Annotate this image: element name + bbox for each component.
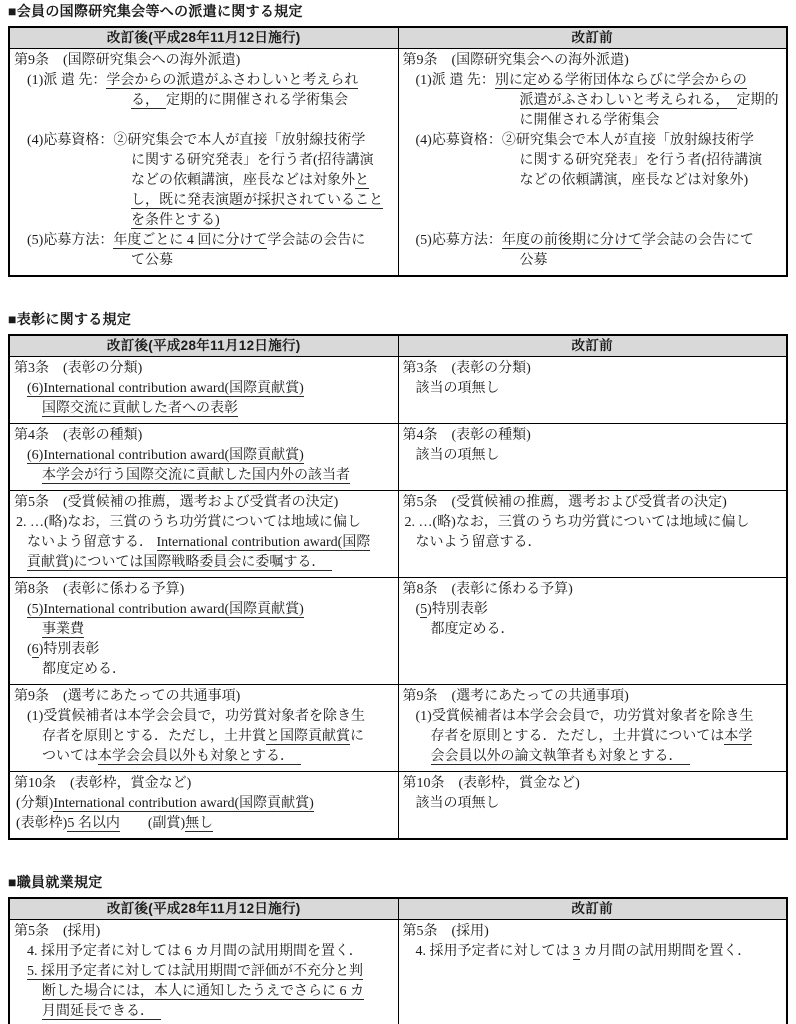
underlined-text: 本学会が行う国際交流に貢献した国内外の該当者 (42, 468, 350, 484)
plain-text: 定期的 (737, 93, 779, 108)
cell-revised-before: 第3条 (表彰の分類)該当の項無し (398, 357, 787, 424)
text-line: 会会員以外の論文執筆者も対象とする． (402, 747, 784, 767)
header-row: 改訂後(平成28年11月12日施行)改訂前 (9, 898, 787, 920)
plain-text: 公募 (520, 253, 548, 268)
plain-text: カ月間の試用期間を置く． (192, 944, 363, 959)
revision-table: 改訂後(平成28年11月12日施行)改訂前第3条 (表彰の分類)(6)Inter… (8, 334, 788, 840)
plain-text: 第10条 (表彰枠，賞金など) (14, 776, 191, 791)
underlined-text: る， (131, 93, 166, 109)
plain-text: (1)受賞候補者は本学会会員で，功労賞対象者を除き生 (416, 709, 754, 724)
text-line: (6)International contribution award(国際貢献… (13, 446, 395, 466)
underlined-text: し，既に発表演題が採択されていること (131, 193, 383, 209)
text-line: 第4条 (表彰の種類) (13, 426, 395, 446)
text-line: ないよう留意する． (402, 533, 784, 553)
cell-revised-before: 第9条 (国際研究集会への海外派遣)(1)派 遣 先：別に定める学術団体ならびに… (398, 49, 787, 277)
text-line: 第5条 (採用) (13, 922, 395, 942)
underlined-text: 断した場合には，本人に通知したうえでさらに 6 カ (42, 984, 364, 1000)
table-row: 第9条 (選考にあたっての共通事項)(1)受賞候補者は本学会会員で，功労賞対象者… (9, 685, 787, 772)
text-line: などの依頼講演，座長などは対象外と (13, 171, 395, 191)
plain-text: 第4条 (表彰の種類) (403, 428, 531, 443)
underlined-text: 派遣がふさわしいと考えられる， (520, 93, 737, 109)
text-line: 該当の項無し (402, 794, 784, 814)
text-line: (5)応募方法：年度の前後期に分けて学会誌の会告にて (402, 231, 784, 251)
plain-text: )特別表彰 (39, 642, 100, 657)
text-line: 第8条 (表彰に係わる予算) (13, 580, 395, 600)
plain-text: 学会誌の会告に (267, 233, 365, 248)
text-line: 第9条 (国際研究集会への海外派遣) (13, 51, 395, 71)
column-header-after: 改訂後(平成28年11月12日施行) (9, 27, 398, 49)
section-award-regulation: ■表彰に関する規定改訂後(平成28年11月12日施行)改訂前第3条 (表彰の分類… (8, 311, 788, 840)
plain-text: (4)応募資格：②研究集会で本人が直接「放射線技術学 (27, 133, 365, 148)
plain-text: (5)応募方法： (27, 233, 113, 248)
underlined-text: 事業費 (42, 622, 84, 638)
cell-revised-before: 第5条 (採用)4. 採用予定者に対しては 3 カ月間の試用期間を置く． (398, 920, 787, 1024)
text-line: (分類)International contribution award(国際貢… (13, 794, 395, 814)
section-title: ■職員就業規定 (8, 874, 788, 890)
blank-line (13, 111, 395, 131)
plain-text: 第5条 (受賞候補の推薦，選考および受賞者の決定) (403, 495, 727, 510)
cell-revised-before: 第4条 (表彰の種類)該当の項無し (398, 424, 787, 491)
plain-text: (分類) (16, 796, 53, 811)
text-line: 存者を原則とする．ただし，土井賞と国際貢献賞に (13, 727, 395, 747)
plain-text: )特別表彰 (427, 602, 488, 617)
plain-text: 該当の項無し (416, 796, 500, 811)
plain-text: ついては (42, 749, 98, 764)
cell-revised-after: 第10条 (表彰枠，賞金など)(分類)International contrib… (9, 772, 398, 840)
text-line: 第8条 (表彰に係わる予算) (402, 580, 784, 600)
plain-text: に開催される学術集会 (520, 113, 660, 128)
plain-text: 第9条 (選考にあたっての共通事項) (403, 689, 629, 704)
table-row: 第9条 (国際研究集会への海外派遣)(1)派 遣 先：学会からの派遣がふさわしい… (9, 49, 787, 277)
underlined-text: International contribution award(国際 (157, 535, 371, 551)
underlined-text: 無し (185, 816, 213, 832)
text-line: 第9条 (選考にあたっての共通事項) (13, 687, 395, 707)
text-line: 2. …(略)なお，三賞のうち功労賞については地域に偏し (13, 513, 395, 533)
text-line: ついては本学会会員以外も対象とする． (13, 747, 395, 767)
table-row: 第3条 (表彰の分類)(6)International contribution… (9, 357, 787, 424)
text-line: 本学会が行う国際交流に貢献した国内外の該当者 (13, 466, 395, 486)
text-line: る， 定期的に開催される学術集会 (13, 91, 395, 111)
text-line: (4)応募資格：②研究集会で本人が直接「放射線技術学 (13, 131, 395, 151)
plain-text: (4)応募資格：②研究集会で本人が直接「放射線技術学 (416, 133, 754, 148)
text-line: (5)応募方法：年度ごとに 4 回に分けて学会誌の会告に (13, 231, 395, 251)
plain-text: 都度定める． (42, 662, 126, 677)
underlined-text: (5)International contribution award(国際貢献… (27, 602, 304, 618)
plain-text: 第5条 (採用) (403, 924, 489, 939)
plain-text: などの依頼講演，座長などは対象外) (520, 173, 749, 188)
text-line: に関する研究発表」を行う者(招待講演 (13, 151, 395, 171)
blank-line (402, 211, 784, 231)
underlined-text: と国際貢献賞 (266, 729, 350, 745)
text-line: 第4条 (表彰の種類) (402, 426, 784, 446)
plain-text: (1)受賞候補者は本学会会員で，功労賞対象者を除き生 (27, 709, 365, 724)
text-line: (1)受賞候補者は本学会会員で，功労賞対象者を除き生 (13, 707, 395, 727)
section-employment-regulation: ■職員就業規定改訂後(平成28年11月12日施行)改訂前第5条 (採用)4. 採… (8, 874, 788, 1024)
revision-table: 改訂後(平成28年11月12日施行)改訂前第5条 (採用)4. 採用予定者に対し… (8, 897, 788, 1024)
text-line: (表彰枠)5 名以内 (副賞)無し (13, 814, 395, 834)
underlined-text: と (355, 173, 369, 189)
plain-text: 学会誌の会告にて (642, 233, 754, 248)
underlined-text: 本学会会員以外も対象とする． (98, 749, 301, 765)
underlined-text: 年度の前後期に分けて (502, 233, 642, 249)
table-row: 第5条 (受賞候補の推薦，選考および受賞者の決定)2. …(略)なお，三賞のうち… (9, 491, 787, 578)
cell-revised-after: 第5条 (採用)4. 採用予定者に対しては 6 カ月間の試用期間を置く．5. 採… (9, 920, 398, 1024)
plain-text: カ月間の試用期間を置く． (580, 944, 751, 959)
cell-revised-before: 第5条 (受賞候補の推薦，選考および受賞者の決定)2. …(略)なお，三賞のうち… (398, 491, 787, 578)
text-line: 該当の項無し (402, 379, 784, 399)
table-row: 第8条 (表彰に係わる予算)(5)International contribut… (9, 578, 787, 685)
text-line: に開催される学術集会 (402, 111, 784, 131)
plain-text: 第9条 (選考にあたっての共通事項) (14, 689, 240, 704)
column-header-after: 改訂後(平成28年11月12日施行) (9, 898, 398, 920)
underlined-text: 貢献賞)については国際戦略委員会に委嘱する． (27, 555, 332, 571)
text-line: 第10条 (表彰枠，賞金など) (402, 774, 784, 794)
text-line: て公募 (13, 251, 395, 271)
text-line: 5. 採用予定者に対しては試用期間で評価が不充分と判 (13, 962, 395, 982)
text-line: (1)派 遣 先：別に定める学術団体ならびに学会からの (402, 71, 784, 91)
underlined-text: 国際交流に貢献した者への表彰 (42, 401, 238, 417)
plain-text: に (350, 729, 364, 744)
text-line: 第3条 (表彰の分類) (402, 359, 784, 379)
text-line: 4. 採用予定者に対しては 3 カ月間の試用期間を置く． (402, 942, 784, 962)
underlined-text: (6)International contribution award(国際貢献… (27, 448, 304, 464)
text-line: (4)応募資格：②研究集会で本人が直接「放射線技術学 (402, 131, 784, 151)
column-header-before: 改訂前 (398, 898, 787, 920)
cell-revised-after: 第8条 (表彰に係わる予算)(5)International contribut… (9, 578, 398, 685)
column-header-after: 改訂後(平成28年11月12日施行) (9, 335, 398, 357)
table-body: 第5条 (採用)4. 採用予定者に対しては 6 カ月間の試用期間を置く．5. 採… (9, 920, 787, 1024)
header-row: 改訂後(平成28年11月12日施行)改訂前 (9, 27, 787, 49)
plain-text: に関する研究発表」を行う者(招待講演 (131, 153, 374, 168)
underlined-text: 学会からの派遣がふさわしいと考えられ (106, 73, 358, 89)
plain-text: 第9条 (国際研究集会への海外派遣) (14, 53, 240, 68)
text-line: 断した場合には，本人に通知したうえでさらに 6 カ (13, 982, 395, 1002)
cell-revised-before: 第9条 (選考にあたっての共通事項)(1)受賞候補者は本学会会員で，功労賞対象者… (398, 685, 787, 772)
plain-text: 4. 採用予定者に対しては (27, 944, 185, 959)
plain-text: 第3条 (表彰の分類) (14, 361, 142, 376)
plain-text: 第3条 (表彰の分類) (403, 361, 531, 376)
sections-container: ■会員の国際研究集会等への派遣に関する規定改訂後(平成28年11月12日施行)改… (8, 3, 788, 1024)
plain-text: ないよう留意する． (27, 535, 157, 550)
table-header: 改訂後(平成28年11月12日施行)改訂前 (9, 27, 787, 49)
text-line: 月間延長できる． (13, 1002, 395, 1022)
underlined-text: 年度ごとに 4 回に分けて (113, 233, 267, 249)
text-line: し，既に発表演題が採択されていること (13, 191, 395, 211)
text-line: (1)受賞候補者は本学会会員で，功労賞対象者を除き生 (402, 707, 784, 727)
text-line: 第5条 (受賞候補の推薦，選考および受賞者の決定) (402, 493, 784, 513)
text-line: 存者を原則とする．ただし，土井賞については本学 (402, 727, 784, 747)
plain-text: に関する研究発表」を行う者(招待講演 (520, 153, 763, 168)
cell-revised-after: 第9条 (選考にあたっての共通事項)(1)受賞候補者は本学会会員で，功労賞対象者… (9, 685, 398, 772)
column-header-before: 改訂前 (398, 335, 787, 357)
text-line: 第3条 (表彰の分類) (13, 359, 395, 379)
plain-text: 該当の項無し (416, 381, 500, 396)
underlined-text: International contribution award(国際貢献賞) (53, 796, 313, 812)
plain-text: 第8条 (表彰に係わる予算) (14, 582, 184, 597)
plain-text: 定期的に開催される学術集会 (166, 93, 348, 108)
underlined-text: 5. 採用予定者に対しては試用期間で評価が不充分と判 (27, 964, 363, 980)
text-line: などの依頼講演，座長などは対象外) (402, 171, 784, 191)
plain-text: (1)派 遣 先： (27, 73, 106, 88)
cell-revised-after: 第4条 (表彰の種類)(6)International contribution… (9, 424, 398, 491)
text-line: 第5条 (受賞候補の推薦，選考および受賞者の決定) (13, 493, 395, 513)
text-line: 第9条 (国際研究集会への海外派遣) (402, 51, 784, 71)
plain-text: 第4条 (表彰の種類) (14, 428, 142, 443)
plain-text: 第5条 (採用) (14, 924, 100, 939)
underlined-text: 5 名以内 (67, 816, 120, 832)
underlined-text: 6 (32, 642, 39, 658)
cell-revised-before: 第8条 (表彰に係わる予算)(5)特別表彰都度定める． (398, 578, 787, 685)
underlined-text: 月間延長できる． (42, 1004, 161, 1020)
text-line: 該当の項無し (402, 446, 784, 466)
underlined-text: 別に定める学術団体ならびに学会からの (495, 73, 747, 89)
plain-text: (1)派 遣 先： (416, 73, 495, 88)
text-line: 貢献賞)については国際戦略委員会に委嘱する． (13, 553, 395, 573)
table-body: 第9条 (国際研究集会への海外派遣)(1)派 遣 先：学会からの派遣がふさわしい… (9, 49, 787, 277)
underlined-text: 会会員以外の論文執筆者も対象とする． (431, 749, 690, 765)
plain-text: 存者を原則とする．ただし，土井賞 (42, 729, 266, 744)
text-line: 公募 (402, 251, 784, 271)
table-body: 第3条 (表彰の分類)(6)International contribution… (9, 357, 787, 840)
text-line: (5)International contribution award(国際貢献… (13, 600, 395, 620)
text-line: 2. …(略)なお，三賞のうち功労賞については地域に偏し (402, 513, 784, 533)
text-line: 事業費 (13, 620, 395, 640)
text-line: 都度定める． (402, 620, 784, 640)
plain-text: 都度定める． (431, 622, 515, 637)
plain-text: 4. 採用予定者に対しては (416, 944, 574, 959)
underlined-text: (6)International contribution award(国際貢献… (27, 381, 304, 397)
text-line: 派遣がふさわしいと考えられる， 定期的 (402, 91, 784, 111)
plain-text: などの依頼講演，座長などは対象外 (131, 173, 355, 188)
cell-revised-after: 第3条 (表彰の分類)(6)International contribution… (9, 357, 398, 424)
text-line: 都度定める． (13, 660, 395, 680)
revision-table: 改訂後(平成28年11月12日施行)改訂前第9条 (国際研究集会への海外派遣)(… (8, 26, 788, 277)
text-line: 第10条 (表彰枠，賞金など) (13, 774, 395, 794)
underlined-text: 本学 (724, 729, 752, 745)
plain-text: 第9条 (国際研究集会への海外派遣) (403, 53, 629, 68)
underlined-text: 6 (185, 944, 192, 960)
plain-text: 2. …(略)なお，三賞のうち功労賞については地域に偏し (16, 515, 361, 530)
text-line: を条件とする) (13, 211, 395, 231)
section-dispatch-regulation: ■会員の国際研究集会等への派遣に関する規定改訂後(平成28年11月12日施行)改… (8, 3, 788, 277)
text-line: ないよう留意する． International contribution awa… (13, 533, 395, 553)
section-title: ■会員の国際研究集会等への派遣に関する規定 (8, 3, 788, 19)
plain-text: (副賞) (120, 816, 185, 831)
table-row: 第4条 (表彰の種類)(6)International contribution… (9, 424, 787, 491)
text-line: (6)特別表彰 (13, 640, 395, 660)
text-line: (6)International contribution award(国際貢献… (13, 379, 395, 399)
plain-text: 第10条 (表彰枠，賞金など) (403, 776, 580, 791)
blank-line (402, 191, 784, 211)
text-line: (5)特別表彰 (402, 600, 784, 620)
column-header-before: 改訂前 (398, 27, 787, 49)
plain-text: 2. …(略)なお，三賞のうち功労賞については地域に偏し (405, 515, 750, 530)
plain-text: (5)応募方法： (416, 233, 502, 248)
plain-text: 該当の項無し (416, 448, 500, 463)
plain-text: 第5条 (受賞候補の推薦，選考および受賞者の決定) (14, 495, 338, 510)
plain-text: (表彰枠) (16, 816, 67, 831)
text-line: (1)派 遣 先：学会からの派遣がふさわしいと考えられ (13, 71, 395, 91)
text-line: 4. 採用予定者に対しては 6 カ月間の試用期間を置く． (13, 942, 395, 962)
section-title: ■表彰に関する規定 (8, 311, 788, 327)
text-line: 国際交流に貢献した者への表彰 (13, 399, 395, 419)
table-header: 改訂後(平成28年11月12日施行)改訂前 (9, 898, 787, 920)
plain-text: ( (27, 642, 32, 657)
plain-text: ないよう留意する． (416, 535, 542, 550)
text-line: 第9条 (選考にあたっての共通事項) (402, 687, 784, 707)
cell-revised-after: 第5条 (受賞候補の推薦，選考および受賞者の決定)2. …(略)なお，三賞のうち… (9, 491, 398, 578)
underlined-text: を条件とする) (131, 213, 220, 229)
text-line: に関する研究発表」を行う者(招待講演 (402, 151, 784, 171)
text-line: 第5条 (採用) (402, 922, 784, 942)
plain-text: て公募 (131, 253, 173, 268)
table-row: 第10条 (表彰枠，賞金など)(分類)International contrib… (9, 772, 787, 840)
document-page: ■会員の国際研究集会等への派遣に関する規定改訂後(平成28年11月12日施行)改… (0, 0, 796, 1024)
table-row: 第5条 (採用)4. 採用予定者に対しては 6 カ月間の試用期間を置く．5. 採… (9, 920, 787, 1024)
cell-revised-before: 第10条 (表彰枠，賞金など)該当の項無し (398, 772, 787, 840)
plain-text: 第8条 (表彰に係わる予算) (403, 582, 573, 597)
header-row: 改訂後(平成28年11月12日施行)改訂前 (9, 335, 787, 357)
cell-revised-after: 第9条 (国際研究集会への海外派遣)(1)派 遣 先：学会からの派遣がふさわしい… (9, 49, 398, 277)
plain-text: 存者を原則とする．ただし，土井賞については (431, 729, 725, 744)
underlined-text: 3 (573, 944, 580, 960)
table-header: 改訂後(平成28年11月12日施行)改訂前 (9, 335, 787, 357)
